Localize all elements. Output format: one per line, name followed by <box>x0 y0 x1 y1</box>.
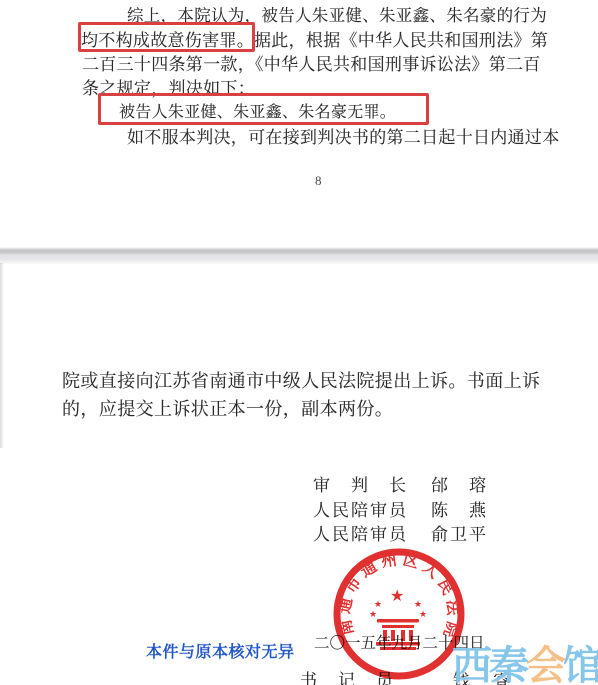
watermark-char: 馆 <box>563 634 598 685</box>
signature-row-assessor-1: 人民陪审员陈 燕 <box>313 496 488 521</box>
judgment-paragraph-line: 条之规定，判决如下： <box>82 74 255 99</box>
judgment-paragraph-line: 均不构成故意伤害罪。据此，根据《中华人民共和国刑法》第 <box>81 26 548 51</box>
star-icon: ★ <box>374 600 382 610</box>
verification-stamp-text: 本件与原本核对无异 <box>146 639 295 662</box>
watermark-char: 秦 <box>489 634 526 685</box>
signature-role: 人民陪审员 <box>313 496 413 521</box>
highlight-box-not-guilty-phrase <box>78 22 255 52</box>
star-icon: ★ <box>419 610 427 620</box>
star-icon: ★ <box>390 586 404 605</box>
judgment-paragraph-line: 二百三十四条第一款，《中华人民共和国刑事诉讼法》第二百 <box>82 50 541 75</box>
signature-role: 书 记 员 <box>300 666 400 685</box>
signature-row-assessor-2: 人民陪审员俞卫平 <box>313 520 488 545</box>
appeal-instruction-line: 的，应提交上诉状正本一份，副本两份。 <box>62 395 393 421</box>
star-icon: ★ <box>414 600 422 610</box>
signature-name: 邰 瑢 <box>431 476 488 495</box>
star-icon: ★ <box>369 610 377 620</box>
judgment-paragraph-line: 如不服本判决，可在接到判决书的第二日起十日内通过本 <box>127 123 560 148</box>
court-official-seal: 南通市通州区人民法院 ★ ★ ★ ★ ★ <box>330 545 468 683</box>
judgment-page-8: 综上，本院认为，被告人朱亚健、朱亚鑫、朱名豪的行为 均不构成故意伤害罪。据此，根… <box>0 0 598 685</box>
signature-name: 钱 睿 <box>453 671 513 685</box>
signature-name: 陈 燕 <box>431 501 488 520</box>
signature-row-presiding-judge: 审 判 长邰 瑢 <box>313 471 488 496</box>
judgment-paragraph-line: 综上，本院认为，被告人朱亚健、朱亚鑫、朱名豪的行为 <box>127 2 547 26</box>
judgment-date: 二〇一五年九月二十四日 <box>314 631 485 653</box>
highlight-box-verdict-sentence <box>98 93 429 125</box>
watermark-char: 会 <box>526 634 563 685</box>
verdict-line: 被告人朱亚健、朱亚鑫、朱名豪无罪。 <box>119 99 396 122</box>
court-seal-graphic: 南通市通州区人民法院 ★ ★ ★ ★ ★ <box>330 545 468 683</box>
svg-text:南通市通州区人民法院: 南通市通州区人民法院 <box>334 550 462 644</box>
signature-role: 审 判 长 <box>313 471 413 496</box>
judgment-last-page: 院或直接向江苏省南通市中级人民法院提出上诉。书面上诉 的，应提交上诉状正本一份，… <box>0 0 598 685</box>
document-viewer: 综上，本院认为，被告人朱亚健、朱亚鑫、朱名豪的行为 均不构成故意伤害罪。据此，根… <box>0 0 598 685</box>
page-edge-shadow <box>0 263 4 448</box>
watermark-char: 西 <box>452 634 489 685</box>
signature-name: 俞卫平 <box>431 525 488 544</box>
appeal-instruction-line: 院或直接向江苏省南通市中级人民法院提出上诉。书面上诉 <box>62 367 540 393</box>
seal-text: 南通市通州区人民法院 <box>334 550 462 644</box>
emblem-gate-shape <box>376 619 420 650</box>
site-watermark: 西 秦 会 馆 <box>452 634 598 685</box>
signature-row-clerk: 书 记 员钱 睿 <box>300 666 513 685</box>
page-divider <box>0 247 598 264</box>
signature-role: 人民陪审员 <box>313 520 413 545</box>
page-number: 8 <box>315 173 323 189</box>
